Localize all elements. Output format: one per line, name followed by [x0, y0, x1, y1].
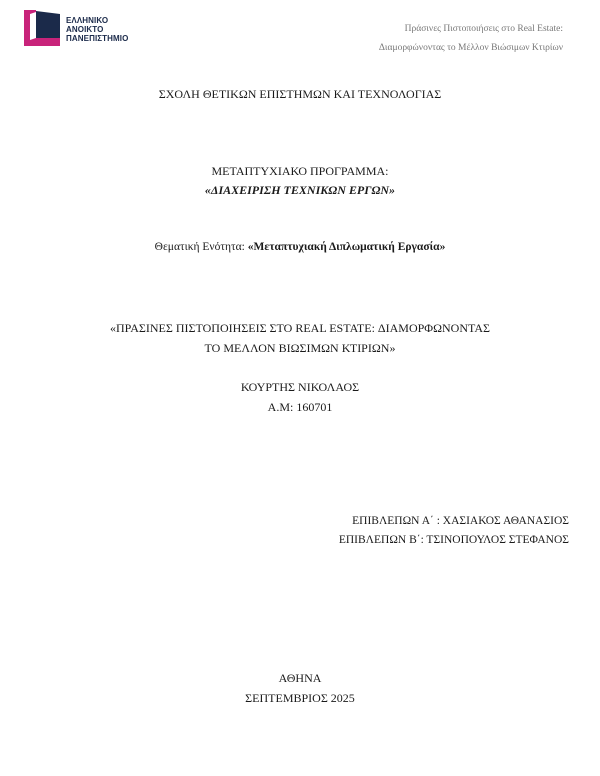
thematic-unit-label: Θεματική Ενότητα:: [155, 241, 248, 253]
supervisors-block: ΕΠΙΒΛΕΠΩΝ Α΄ : ΧΑΣΙΑΚΟΣ ΑΘΑΝΑΣΙΟΣ ΕΠΙΒΛΕ…: [339, 512, 569, 550]
running-header-line-2: Διαμορφώνοντας το Μέλλον Βιώσιμων Κτιρίω…: [379, 39, 563, 58]
date: ΣΕΠΤΕΜΒΡΙΟΣ 2025: [0, 688, 600, 708]
student-id: Α.Μ: 160701: [0, 397, 600, 417]
program-name: «ΔΙΑΧΕΙΡΙΣΗ ΤΕΧΝΙΚΩΝ ΕΡΓΩΝ»: [0, 183, 600, 198]
city: ΑΘΗΝΑ: [0, 668, 600, 688]
footer-block: ΑΘΗΝΑ ΣΕΠΤΕΜΒΡΙΟΣ 2025: [0, 668, 600, 708]
author-block: ΚΟΥΡΤΗΣ ΝΙΚΟΛΑΟΣ Α.Μ: 160701: [0, 377, 600, 417]
supervisor-a: ΕΠΙΒΛΕΠΩΝ Α΄ : ΧΑΣΙΑΚΟΣ ΑΘΑΝΑΣΙΟΣ: [339, 512, 569, 531]
program-label: ΜΕΤΑΠΤΥΧΙΑΚΟ ΠΡΟΓΡΑΜΜΑ:: [0, 164, 600, 179]
logo-line-1: ΕΛΛΗΝΙΚΟ: [66, 16, 128, 25]
logo-line-3: ΠΑΝΕΠΙΣΤΗΜΙΟ: [66, 34, 128, 43]
logo-text: ΕΛΛΗΝΙΚΟ ΑΝΟΙΚΤΟ ΠΑΝΕΠΙΣΤΗΜΙΟ: [66, 16, 128, 43]
author-name: ΚΟΥΡΤΗΣ ΝΙΚΟΛΑΟΣ: [0, 377, 600, 397]
thematic-unit-value: «Μεταπτυχιακή Διπλωματική Εργασία»: [248, 241, 446, 253]
open-book-door-icon: [22, 8, 64, 48]
supervisor-b: ΕΠΙΒΛΕΠΩΝ Β΄: ΤΣΙΝΟΠΟΥΛΟΣ ΣΤΕΦΑΝΟΣ: [339, 531, 569, 550]
running-header-line-1: Πράσινες Πιστοποιήσεις στο Real Estate:: [379, 20, 563, 39]
running-header: Πράσινες Πιστοποιήσεις στο Real Estate: …: [379, 20, 563, 58]
school-name: ΣΧΟΛΗ ΘΕΤΙΚΩΝ ΕΠΙΣΤΗΜΩΝ ΚΑΙ ΤΕΧΝΟΛΟΓΙΑΣ: [0, 87, 600, 102]
university-logo: ΕΛΛΗΝΙΚΟ ΑΝΟΙΚΤΟ ΠΑΝΕΠΙΣΤΗΜΙΟ: [22, 8, 142, 50]
thesis-title-line-2: ΤΟ ΜΕΛΛΟΝ ΒΙΩΣΙΜΩΝ ΚΤΙΡΙΩΝ»: [0, 338, 600, 358]
thematic-unit: Θεματική Ενότητα: «Μεταπτυχιακή Διπλωματ…: [0, 241, 600, 253]
logo-line-2: ΑΝΟΙΚΤΟ: [66, 25, 128, 34]
thesis-title-line-1: «ΠΡΑΣΙΝΕΣ ΠΙΣΤΟΠΟΙΗΣΕΙΣ ΣΤΟ REAL ESTATE:…: [0, 318, 600, 338]
thesis-title: «ΠΡΑΣΙΝΕΣ ΠΙΣΤΟΠΟΙΗΣΕΙΣ ΣΤΟ REAL ESTATE:…: [0, 318, 600, 358]
